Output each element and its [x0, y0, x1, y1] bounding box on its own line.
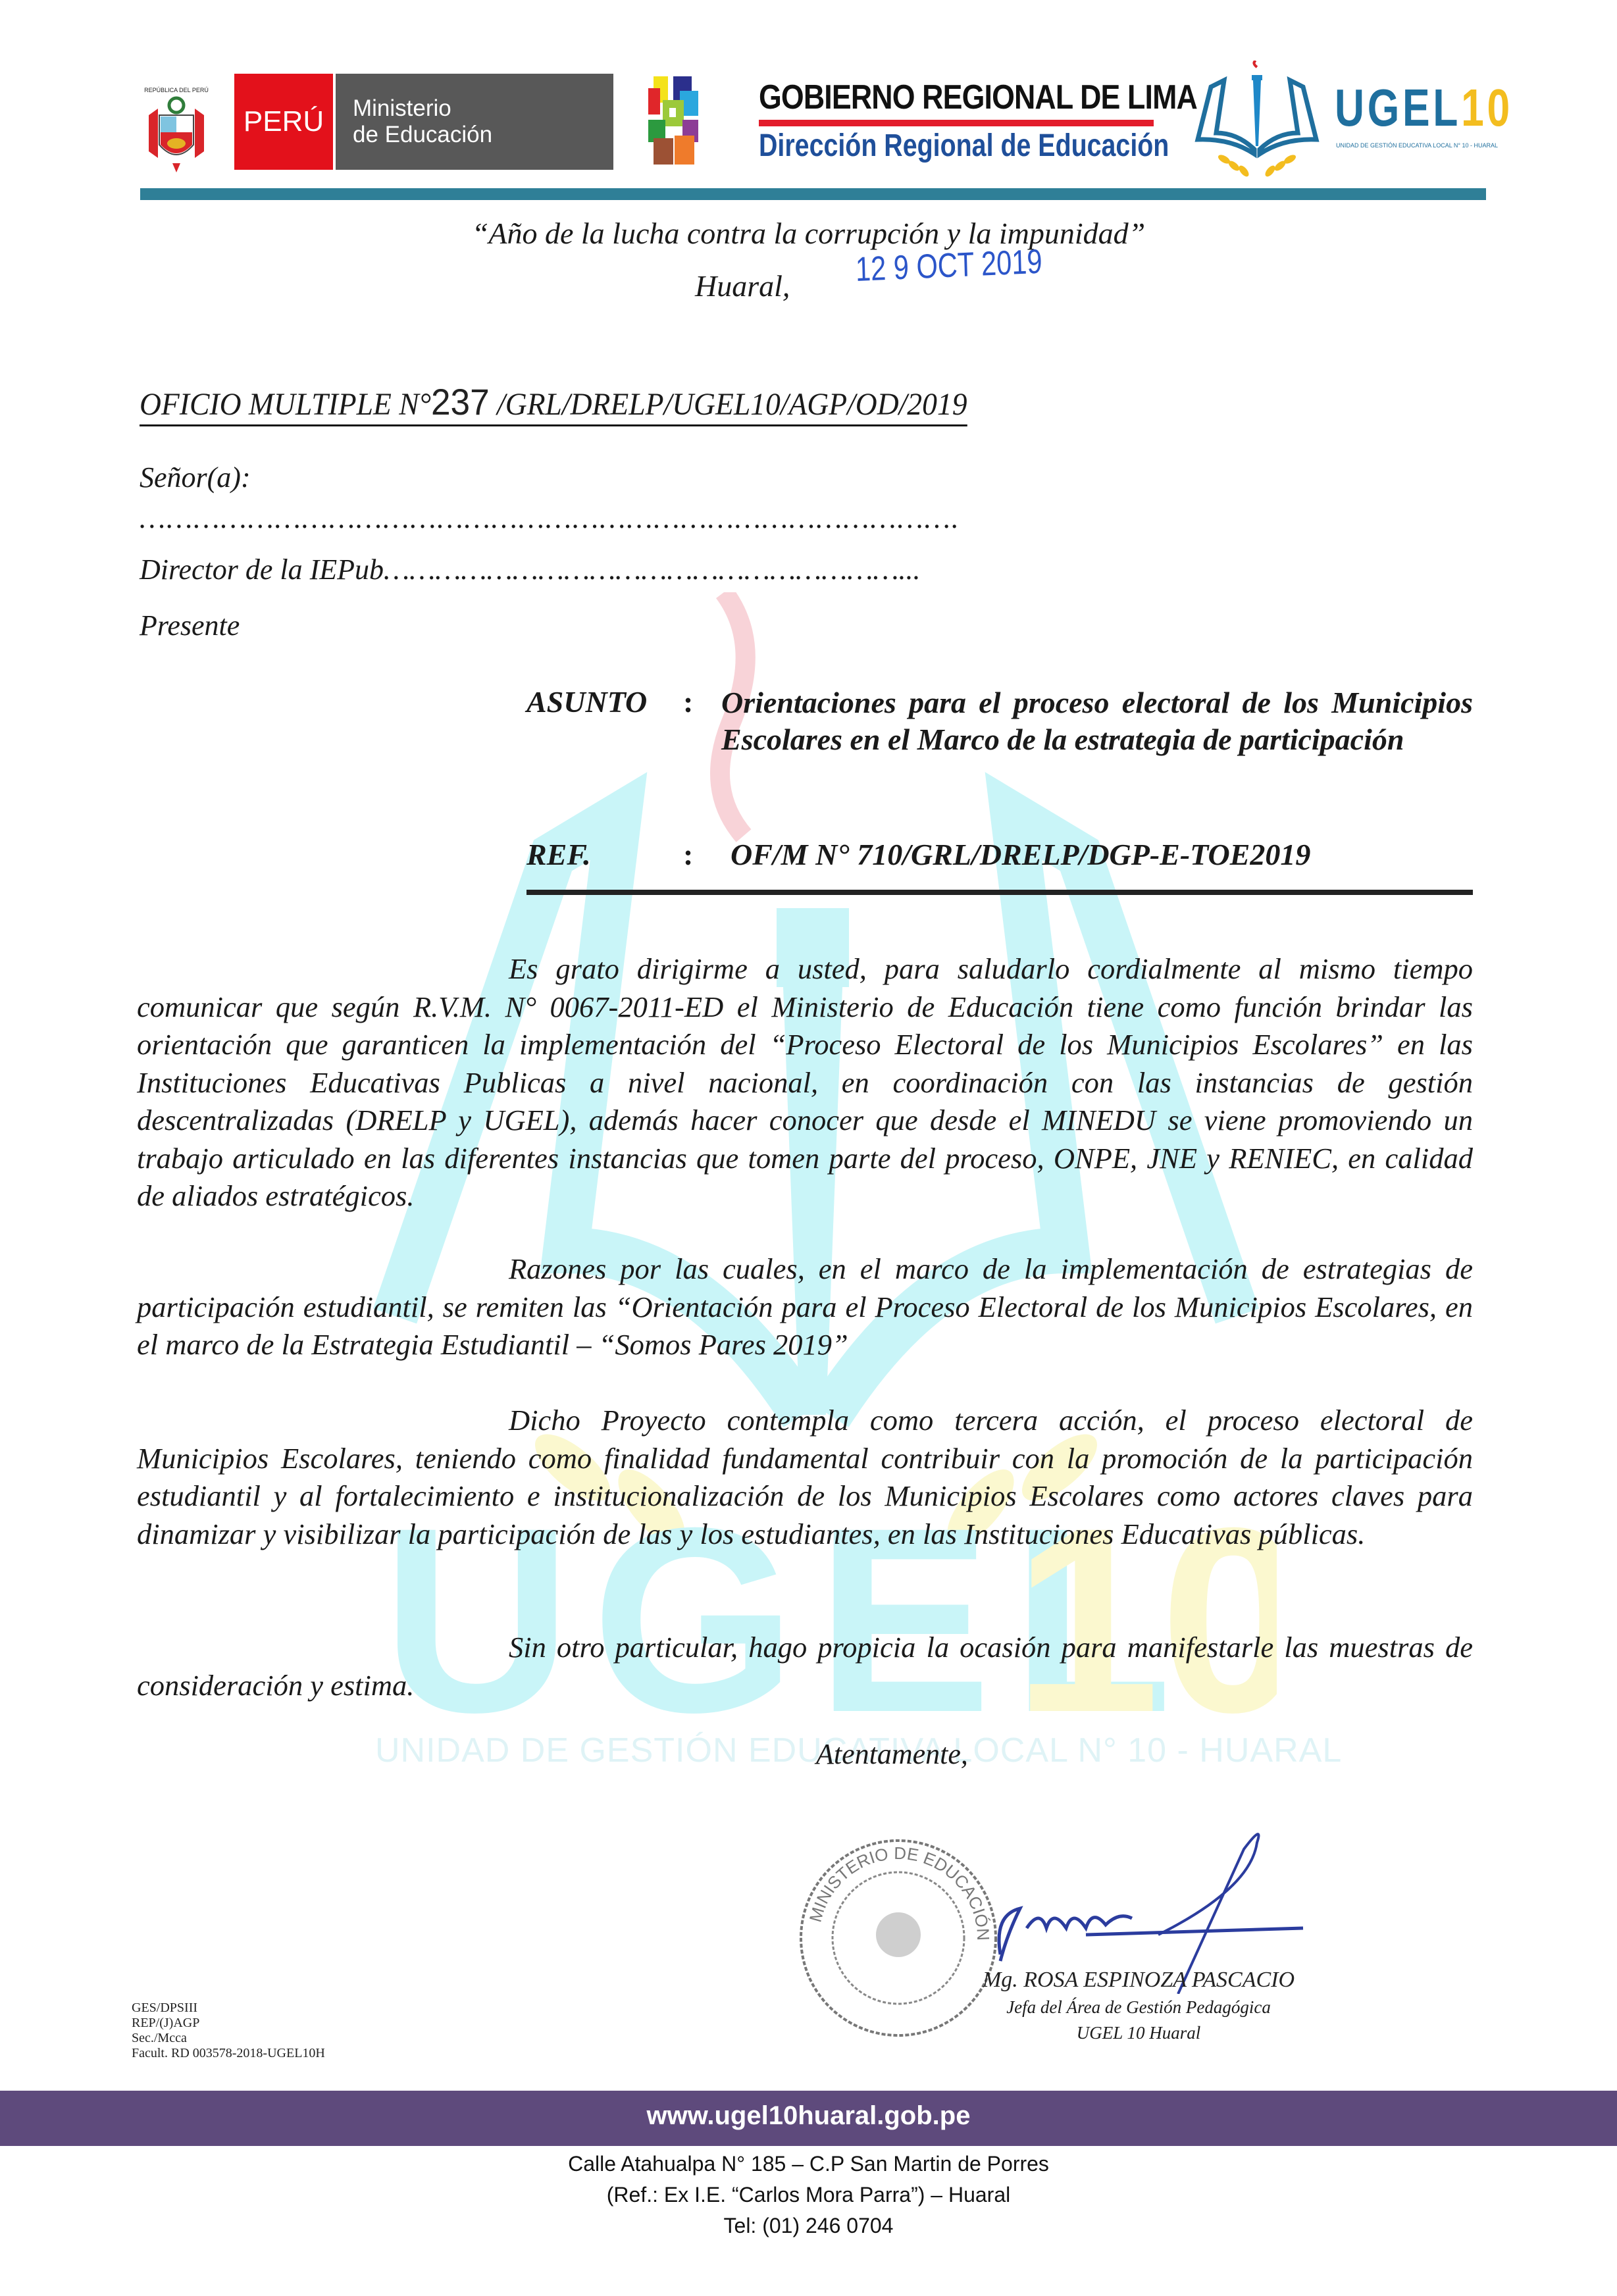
peru-brand-block: PERÚ: [234, 74, 333, 170]
regional-directorate-title: Dirección Regional de Educación: [759, 128, 1085, 164]
footer-website-link[interactable]: www.ugel10huaral.gob.pe: [0, 2101, 1617, 2131]
oficio-reference: OFICIO MULTIPLE N°237 /GRL/DRELP/UGEL10/…: [140, 380, 967, 426]
reference-code: Sec./Mcca: [132, 2031, 325, 2046]
asunto-text: Orientaciones para el proceso electoral …: [721, 684, 1473, 758]
ugel-wordmark: UGEL10: [1335, 78, 1513, 138]
peru-coat-of-arms-icon: REPÚBLICA DEL PERÚ: [143, 79, 209, 178]
reference-code: REP/(J)AGP: [132, 2016, 325, 2031]
ref-label: REF.: [526, 837, 591, 872]
footer-phone: Tel: (01) 246 0704: [0, 2214, 1617, 2238]
footer-address-line2: (Ref.: Ex I.E. “Carlos Mora Parra”) – Hu…: [0, 2183, 1617, 2207]
asunto-colon: :: [683, 684, 693, 719]
ugel-book-torch-emblem-icon: [1185, 61, 1329, 182]
subject-divider: [526, 890, 1473, 895]
director-line: Director de la IEPub………………………………………………………: [140, 553, 921, 586]
reference-codes: GES/DPSIII REP/(J)AGP Sec./Mcca Facult. …: [132, 2001, 325, 2061]
reference-code: Facult. RD 003578-2018-UGEL10H: [132, 2046, 325, 2061]
ugel-tagline: UNIDAD DE GESTIÓN EDUCATIVA LOCAL N° 10 …: [1336, 142, 1498, 149]
body-paragraph: Dicho Proyecto contempla como tercera ac…: [137, 1402, 1473, 1553]
regional-red-bar: [759, 120, 1154, 126]
ugel-number: 10: [1461, 78, 1513, 137]
signatory-organization: UGEL 10 Huaral: [915, 2023, 1362, 2043]
place-label: Huaral,: [695, 268, 790, 303]
footer-address-line1: Calle Atahualpa N° 185 – C.P San Martin …: [0, 2152, 1617, 2176]
body-paragraph: Razones por las cuales, en el marco de l…: [137, 1250, 1473, 1364]
body-paragraph: Es grato dirigirme a usted, para saludar…: [137, 950, 1473, 1215]
header-divider-bar: [140, 188, 1486, 200]
oficio-suffix: /GRL/DRELP/UGEL10/AGP/OD/2019: [490, 387, 967, 422]
ministry-brand-block: Ministerio de Educación: [336, 74, 613, 170]
reference-code: GES/DPSIII: [132, 2001, 325, 2016]
signatory-name: Mg. ROSA ESPINOZA PASCACIO: [915, 1968, 1362, 1993]
date-stamp: 12 9 OCT 2019: [855, 242, 1042, 290]
regional-government-title: GOBIERNO REGIONAL DE LIMA: [759, 78, 1101, 117]
ministry-line2: de Educación: [353, 122, 613, 148]
body-paragraph: Sin otro particular, hago propicia la oc…: [137, 1629, 1473, 1704]
recipient-blank-line: ……………………………………………………………………………….: [140, 501, 960, 535]
year-motto: “Año de la lucha contra la corrupción y …: [0, 216, 1617, 251]
svg-text:REPÚBLICA DEL PERÚ: REPÚBLICA DEL PERÚ: [144, 87, 209, 93]
regional-government-wordmark: GOBIERNO REGIONAL DE LIMA Dirección Regi…: [759, 78, 1157, 164]
ref-colon: :: [683, 837, 693, 872]
closing-salutation: Atentamente,: [816, 1737, 968, 1771]
presente-label: Presente: [140, 609, 240, 642]
regional-government-logo-icon: [647, 74, 700, 167]
peru-label: PERÚ: [244, 105, 324, 138]
salutation: Señor(a):: [140, 461, 251, 494]
ugel-word: UGEL: [1335, 78, 1461, 137]
ref-text: OF/M N° 710/GRL/DRELP/DGP-E-TOE2019: [731, 837, 1310, 872]
asunto-label: ASUNTO: [526, 684, 647, 719]
oficio-number: 237: [431, 381, 490, 422]
signatory-role: Jefa del Área de Gestión Pedagógica: [915, 1997, 1362, 2018]
oficio-prefix: OFICIO MULTIPLE N°: [140, 387, 431, 422]
ministry-line1: Ministerio: [353, 95, 613, 122]
